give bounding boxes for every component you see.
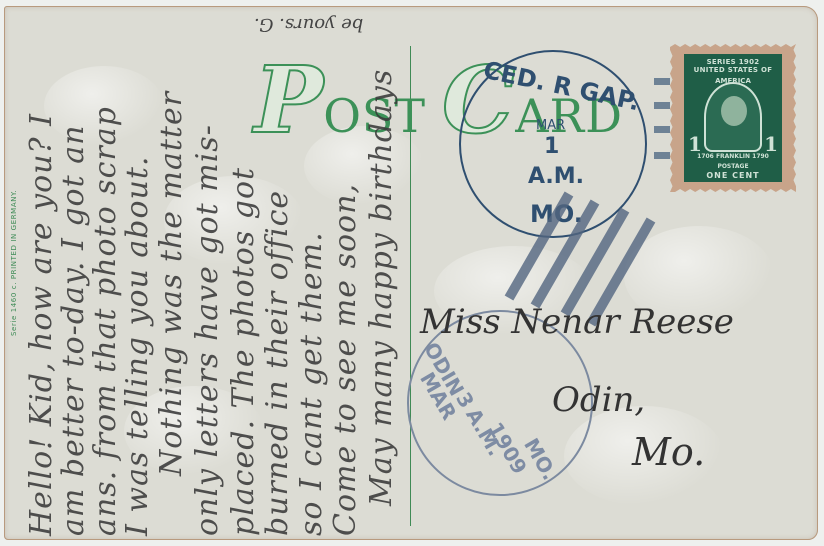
publisher-line: Serie 1460 c. PRINTED IN GERMANY. — [10, 190, 18, 336]
message-line: burned in their office — [260, 190, 295, 536]
stamp-portrait-label: 1706 FRANKLIN 1790 — [684, 153, 782, 160]
message-line: only letters have got mis- — [190, 124, 225, 536]
cancel-dash — [654, 102, 670, 109]
stamp-denomination: ONE CENT — [684, 171, 782, 180]
message-line: Come to see me soon, — [328, 183, 363, 536]
message-line: May many happy birthdays — [364, 69, 399, 506]
upside-down-note: be yours. G. — [254, 14, 363, 35]
message-line: so I cant get them. — [294, 231, 329, 536]
recipient-state: Mo. — [632, 430, 705, 474]
stamp-series: SERIES 1902 — [684, 58, 782, 66]
message-line: placed. The photos got — [226, 167, 261, 536]
message-line: I was telling you about. — [120, 156, 155, 536]
franklin-one-cent-stamp: SERIES 1902 UNITED STATES OF AMERICA 1 1… — [670, 44, 796, 192]
post-card-title: POST — [254, 54, 426, 146]
postmark-time: A.M. — [528, 164, 584, 189]
title-p: P — [254, 46, 323, 154]
stamp-postage: POSTAGE — [684, 163, 782, 170]
postmark-day: 1 — [544, 134, 559, 159]
cancel-dash — [654, 152, 670, 159]
recipient-name: Miss Nenar Reese — [420, 302, 734, 342]
postmark-month: MAR — [536, 118, 565, 133]
franklin-portrait-icon — [721, 96, 747, 126]
message-line: Nothing was the matter — [154, 91, 189, 476]
cancel-dash — [654, 78, 670, 85]
message-line: Hello! Kid, how are you? I — [24, 113, 59, 536]
cancel-dash — [654, 126, 670, 133]
stamp-design: SERIES 1902 UNITED STATES OF AMERICA 1 1… — [684, 54, 782, 182]
stamp-country: UNITED STATES OF — [684, 66, 782, 74]
message-line: am better to-day. I got an — [56, 125, 91, 536]
message-line: ans. from that photo scrap — [88, 106, 123, 536]
portrait-oval — [704, 82, 762, 152]
postcard-back: Serie 1460 c. PRINTED IN GERMANY. POST C… — [4, 6, 818, 540]
recipient-city: Odin, — [552, 380, 645, 420]
